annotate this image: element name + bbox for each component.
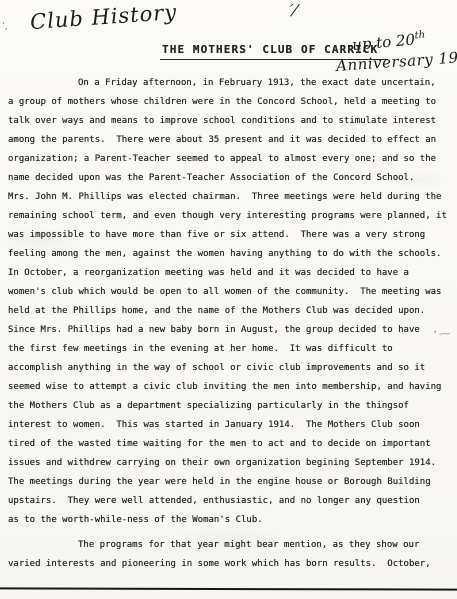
text-line: the Mothers Club as a department special… [8, 397, 455, 416]
text-line: upstairs. They were well attended, enthu… [8, 492, 455, 511]
text-line: The programs for that year might bear me… [8, 536, 455, 555]
handwritten-up-to-text: -up to 20 [346, 31, 415, 55]
text-line: Since Mrs. Phillips had a new baby born … [8, 321, 455, 340]
text-line: feeling among the men, against the women… [8, 245, 455, 264]
text-line: remaining school term, and even though v… [8, 207, 455, 226]
text-line: women's club which would be open to all … [8, 283, 455, 302]
text-line: name decided upon was the Parent-Teacher… [8, 169, 455, 188]
text-line: In October, a reorganization meeting was… [8, 264, 455, 283]
paragraph-2: The programs for that year might bear me… [8, 536, 455, 574]
text-line: interest to women. This was started in J… [8, 416, 455, 435]
pencil-annotation-mark: ’ —·— [433, 330, 449, 339]
text-line: held at the Phillips home, and the name … [8, 302, 455, 321]
paragraph-1: On a Friday afternoon, in February 1913,… [8, 74, 455, 530]
text-line: Mrs. John M. Phillips was elected chairm… [8, 188, 455, 207]
text-line: among the parents. There were about 35 p… [8, 131, 455, 150]
text-line: issues and withdrew carrying on their ow… [8, 454, 455, 473]
text-line: tired of the wasted time waiting for the… [8, 435, 455, 454]
handwritten-ordinal-suffix: th [414, 30, 425, 42]
text-line: organization; a Parent-Teacher seemed to… [8, 150, 455, 169]
scan-artifact-line [0, 587, 457, 590]
scanned-document-page: Club History ′/ ’, THE MOTHERS' CLUB OF … [0, 0, 457, 599]
typed-body-text: On a Friday afternoon, in February 1913,… [8, 74, 455, 574]
text-line: a group of mothers whose children were i… [8, 93, 455, 112]
text-line: talk over ways and means to improve scho… [8, 112, 455, 131]
handwritten-note-club-history: Club History [29, 0, 178, 34]
text-line: as to the worth-while-ness of the Woman'… [8, 511, 455, 530]
text-line: On a Friday afternoon, in February 1913,… [8, 74, 455, 93]
text-line: seemed wise to attempt a civic club invi… [8, 378, 455, 397]
text-line: the first few meetings in the evening at… [8, 340, 455, 359]
text-line: The meetings during the year were held i… [8, 473, 455, 492]
handwritten-page-mark: ′/ [287, 1, 299, 19]
scan-edge-mark: ’, [2, 22, 8, 32]
text-line: varied interests and pioneering in some … [8, 555, 455, 574]
text-line: was impossible to have more than five or… [8, 226, 455, 245]
text-line: accomplish anything in the way of school… [8, 359, 455, 378]
